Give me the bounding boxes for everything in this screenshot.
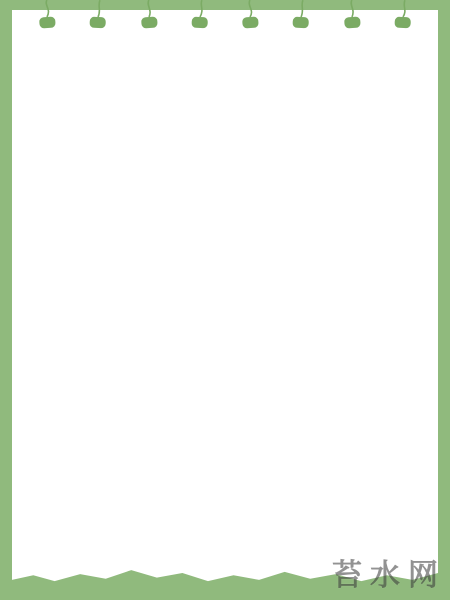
paper-card bbox=[12, 10, 438, 588]
